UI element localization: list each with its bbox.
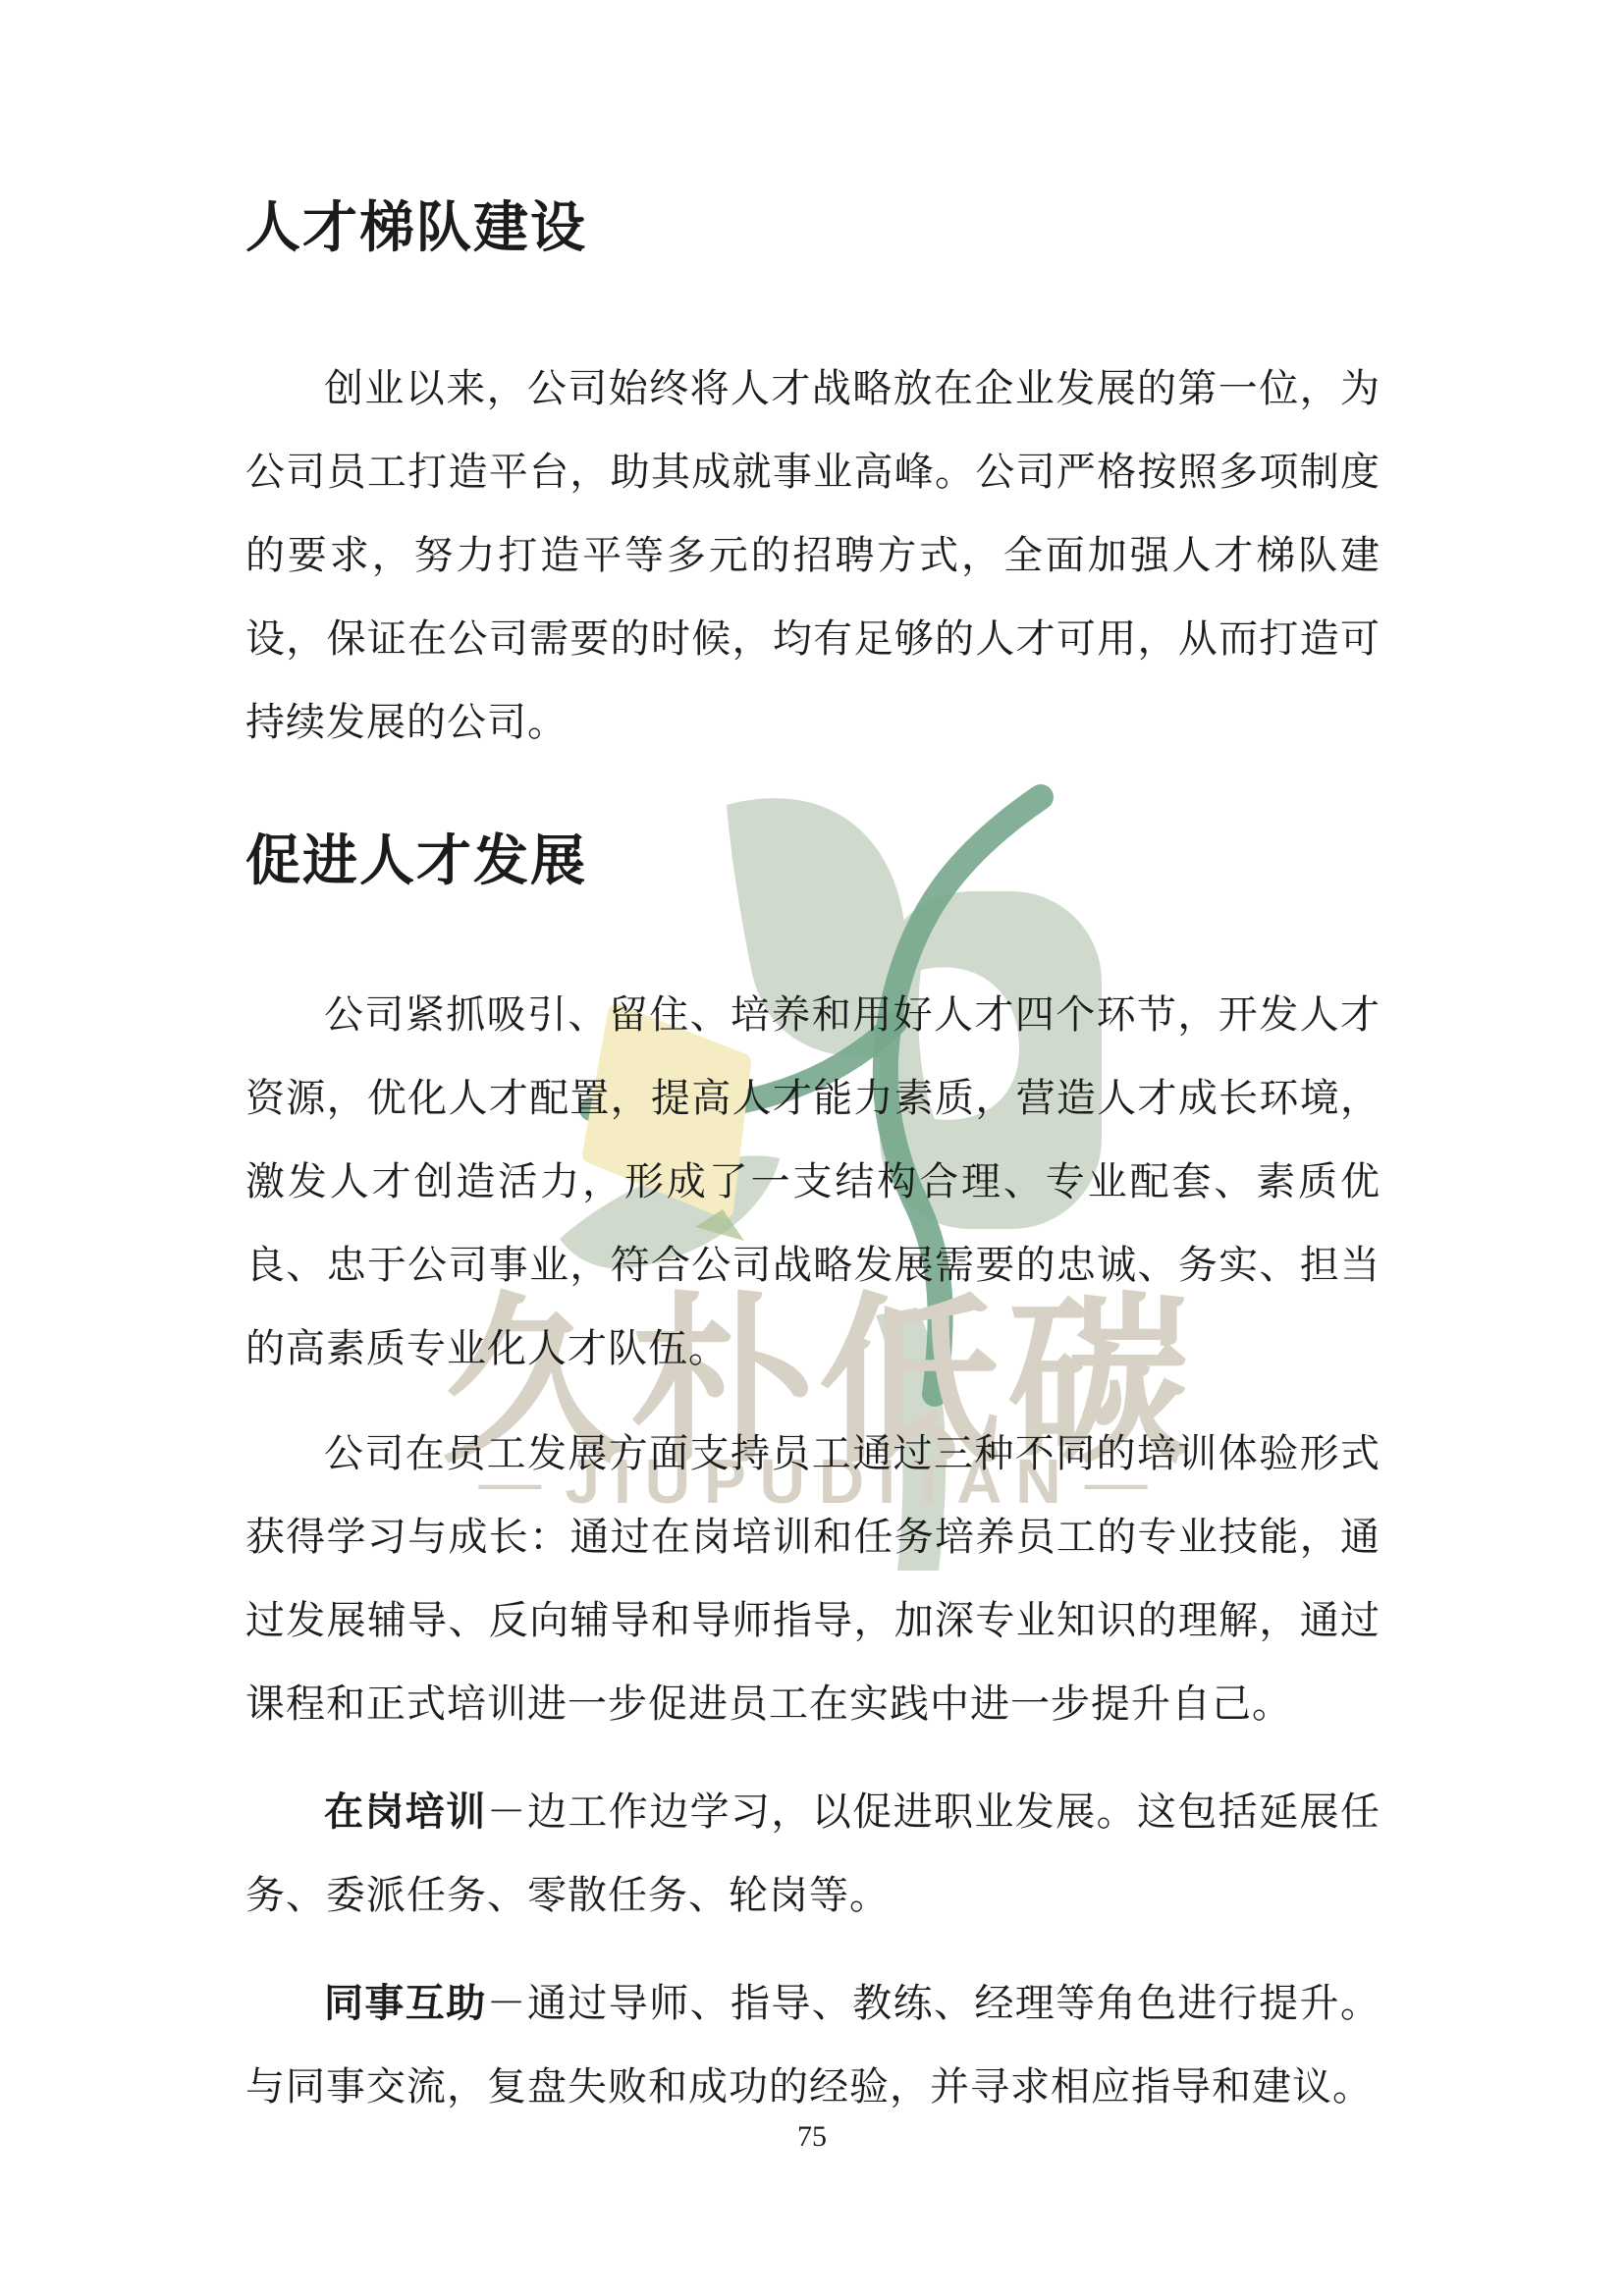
paragraph-training-forms: 公司在员工发展方面支持员工通过三种不同的培训体验形式获得学习与成长：通过在岗培训… bbox=[245, 1412, 1380, 1745]
paragraph-on-job-training: 在岗培训－边工作边学习，以促进职业发展。这包括延展任务、委派任务、零散任务、轮岗… bbox=[245, 1770, 1380, 1937]
paragraph-peer-support: 同事互助－通过导师、指导、教练、经理等角色进行提升。与同事交流，复盘失败和成功的… bbox=[245, 1961, 1380, 2128]
page-number: 75 bbox=[0, 2120, 1624, 2154]
paragraph-talent-development: 公司紧抓吸引、留住、培养和用好人才四个环节，开发人才资源，优化人才配置，提高人才… bbox=[245, 973, 1380, 1390]
section-heading-promote-development: 促进人才发展 bbox=[245, 829, 1380, 895]
document-body: 人才梯队建设 创业以来，公司始终将人才战略放在企业发展的第一位，为公司员工打造平… bbox=[245, 0, 1380, 2128]
paragraph-talent-echelon: 创业以来，公司始终将人才战略放在企业发展的第一位，为公司员工打造平台，助其成就事… bbox=[245, 347, 1380, 764]
document-page: 久朴低碳 —JIUPUDITAN— 人才梯队建设 创业以来，公司始终将人才战略放… bbox=[0, 0, 1624, 2296]
section-heading-talent-echelon: 人才梯队建设 bbox=[245, 196, 1380, 262]
term-peer-support: 同事互助 bbox=[324, 1981, 487, 2025]
term-on-job-training: 在岗培训 bbox=[324, 1789, 487, 1834]
